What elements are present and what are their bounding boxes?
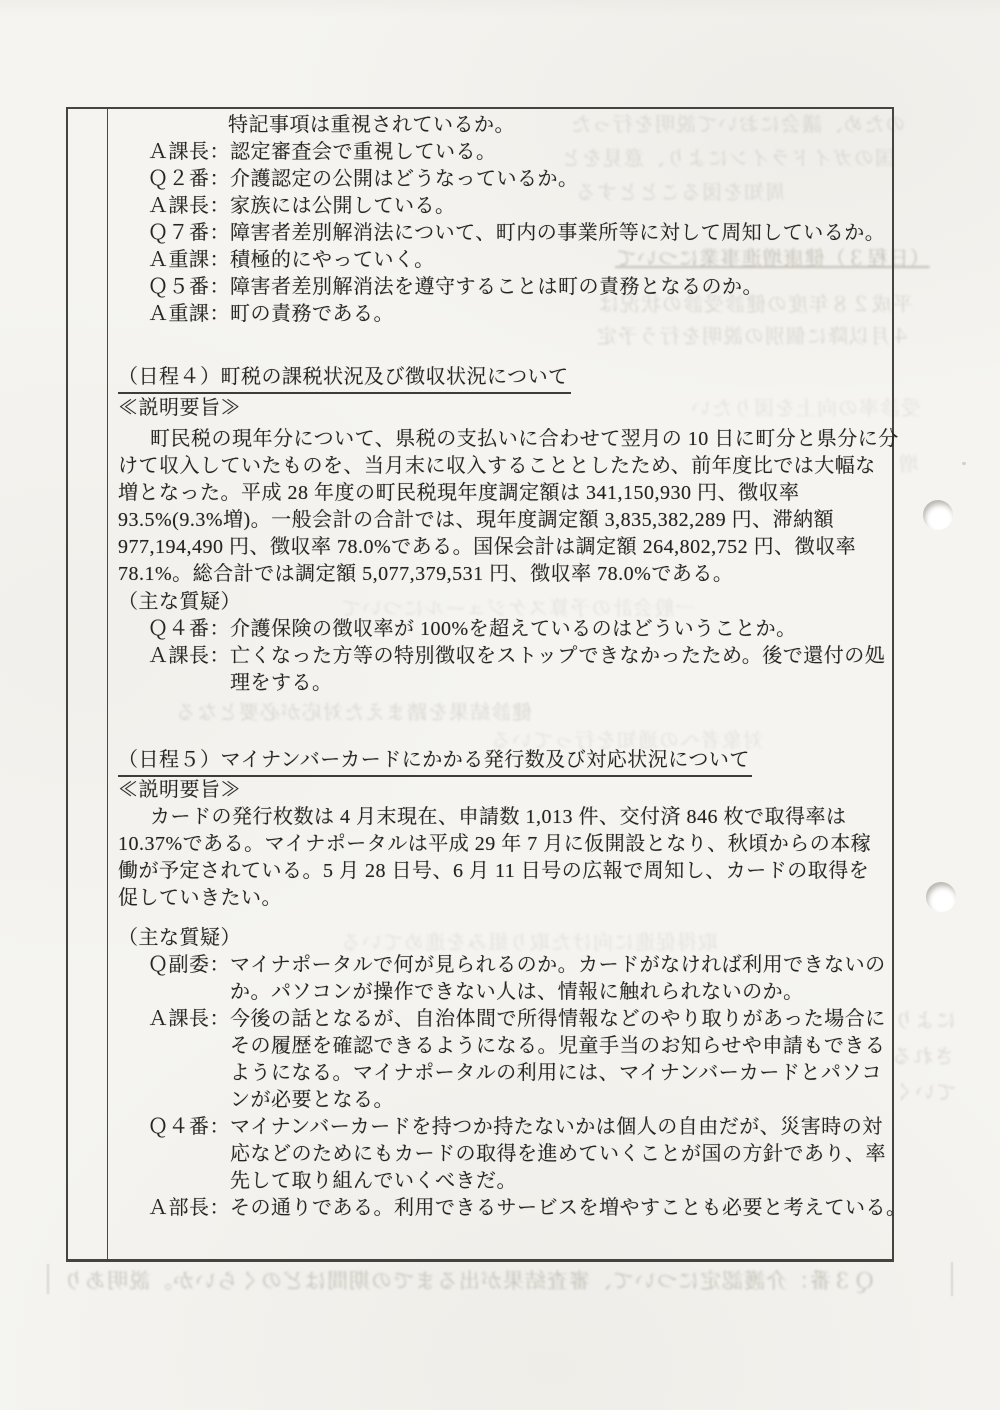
qa-item: Ａ課長：今後の話となるが、自治体間で所得情報などのやり取りがあった場合に その履… bbox=[118, 1006, 886, 1114]
bleedthrough-text: 増 bbox=[898, 452, 919, 479]
summary-line: けて収入していたものを、当月末に収入することとしたため、前年度比では大幅な bbox=[118, 453, 886, 480]
section-qa-carryover: 特記事項は重視されているか。 Ａ課長：認定審査会で重視している。 Ｑ２番：介護認… bbox=[118, 112, 886, 328]
punch-hole bbox=[926, 882, 956, 912]
qa-text: その履歴を確認できるようになる。児童手当のお知らせや申請もできる bbox=[230, 1033, 886, 1060]
speaker-label: Ａ課長： bbox=[148, 643, 230, 670]
agenda5-summary: カードの発行枚数は 4 月末現在、申請数 1,013 件、交付済 846 枚で取… bbox=[118, 804, 886, 912]
carryover-line: 特記事項は重視されているか。 bbox=[228, 112, 886, 139]
speaker-label: Ａ部長： bbox=[148, 1195, 230, 1222]
speaker-label: Ｑ５番： bbox=[148, 274, 230, 301]
qa-label-line: （主な質疑） bbox=[118, 925, 886, 952]
speaker-label: Ａ重課： bbox=[148, 247, 230, 274]
qa-text: 障害者差別解消法について、町内の事業所等に対して周知しているか。 bbox=[230, 222, 885, 244]
document-frame: 特記事項は重視されているか。 Ａ課長：認定審査会で重視している。 Ｑ２番：介護認… bbox=[66, 107, 894, 1262]
summary-line: 977,194,490 円、徴収率 78.0%である。国保会計は調定額 264,… bbox=[118, 534, 886, 561]
summary-line: 93.5%(9.3%増)。一般会計の合計では、現年度調定額 3,835,382,… bbox=[118, 507, 886, 534]
summary-line: 働が予定されている。5 月 28 日号、6 月 11 日号の広報で周知し、カード… bbox=[118, 858, 886, 885]
qa-label-line: （主な質疑） bbox=[118, 589, 886, 616]
section-agenda5-qa: （主な質疑） Ｑ副委：マイナポータルで何が見られるのか。カードがなければ利用でき… bbox=[118, 925, 886, 1222]
qa-item: Ａ課長：亡くなった方等の特別徴収をストップできなかったため。後で還付の処 理をす… bbox=[118, 643, 886, 697]
bleedthrough-text: される bbox=[891, 1044, 954, 1071]
qa-text: 認定審査会で重視している。 bbox=[230, 141, 497, 163]
qa-item: Ｑ４番：介護保険の徴収率が 100%を超えているのはどういうことか。 bbox=[118, 616, 886, 643]
qa-text: マイナポータルで何が見られるのか。カードがなければ利用できないの bbox=[230, 954, 886, 976]
speaker-label: Ａ課長： bbox=[148, 193, 230, 220]
qa-item: Ａ重課：町の責務である。 bbox=[118, 301, 886, 328]
speaker-label: Ｑ２番： bbox=[148, 166, 230, 193]
section-agenda4: （日程４）町税の課税状況及び徴収状況について ≪説明要旨≫ 町民税の現年分につい… bbox=[118, 364, 886, 588]
qa-item: Ｑ副委：マイナポータルで何が見られるのか。カードがなければ利用できないの か。パ… bbox=[118, 952, 886, 1006]
qa-text: 介護認定の公開はどうなっているか。 bbox=[230, 168, 579, 190]
bleedthrough-text: Ｑ３番：介護認定について、審査結果が出るまでの期間はどのくらいか。説明あり bbox=[62, 1268, 875, 1295]
agenda4-summary: 町民税の現年分について、県税の支払いに合わせて翌月の 10 日に町分と県分に分 … bbox=[118, 426, 886, 588]
qa-text: 積極的にやっていく。 bbox=[230, 249, 435, 271]
qa-text: 理をする。 bbox=[230, 670, 886, 697]
bleedthrough-line bbox=[951, 1262, 953, 1296]
speaker-label: Ａ重課： bbox=[148, 301, 230, 328]
punch-hole bbox=[923, 500, 953, 530]
speaker-label: Ａ課長： bbox=[148, 1006, 230, 1033]
scanned-document-page: のため、議会において説明を行った 国のガイドラインにより、意見をと 周知を図るこ… bbox=[0, 0, 1000, 1410]
agenda5-heading: （日程５）マイナンバーカードにかかる発行数及び対応状況について bbox=[118, 747, 886, 777]
qa-text: 亡くなった方等の特別徴収をストップできなかったため。後で還付の処 bbox=[230, 645, 885, 667]
qa-text: ンが必要となる。 bbox=[230, 1087, 886, 1114]
bleedthrough-text: により bbox=[893, 1008, 956, 1035]
summary-line: 促していきたい。 bbox=[118, 885, 886, 912]
qa-text: その通りである。利用できるサービスを増やすことも必要と考えている。 bbox=[230, 1197, 907, 1219]
section-agenda4-qa: （主な質疑） Ｑ４番：介護保険の徴収率が 100%を超えているのはどういうことか… bbox=[118, 589, 886, 697]
scan-speck bbox=[962, 462, 966, 465]
qa-text: 今後の話となるが、自治体間で所得情報などのやり取りがあった場合に bbox=[230, 1008, 886, 1030]
qa-item: Ａ課長：家族には公開している。 bbox=[118, 193, 886, 220]
qa-text: 家族には公開している。 bbox=[230, 195, 456, 217]
bleedthrough-text: ていく bbox=[893, 1080, 956, 1107]
qa-item: Ａ重課：積極的にやっていく。 bbox=[118, 247, 886, 274]
qa-text: 町の責務である。 bbox=[230, 303, 394, 325]
agenda4-heading: （日程４）町税の課税状況及び徴収状況について bbox=[118, 364, 886, 394]
bleedthrough-line bbox=[47, 1264, 49, 1294]
speaker-label: Ｑ４番： bbox=[148, 616, 230, 643]
qa-text: 介護保険の徴収率が 100%を超えているのはどういうことか。 bbox=[230, 618, 797, 640]
qa-text: ようになる。マイナポータルの利用には、マイナンバーカードとパソコ bbox=[230, 1060, 886, 1087]
qa-text: か。パソコンが操作できない人は、情報に触れられないのか。 bbox=[230, 979, 886, 1006]
summary-line: 町民税の現年分について、県税の支払いに合わせて翌月の 10 日に町分と県分に分 bbox=[118, 426, 886, 453]
qa-item: Ｑ２番：介護認定の公開はどうなっているか。 bbox=[118, 166, 886, 193]
summary-label: ≪説明要旨≫ bbox=[118, 395, 886, 422]
qa-text: 応などのためにもカードの取得を進めていくことが国の方針であり、率 bbox=[230, 1141, 886, 1168]
qa-text: 障害者差別解消法を遵守することは町の責務となるのか。 bbox=[230, 276, 763, 298]
qa-text: マイナンバーカードを持つか持たないかは個人の自由だが、災害時の対 bbox=[230, 1116, 883, 1138]
margin-divider-line bbox=[107, 109, 108, 1259]
qa-item: Ｑ７番：障害者差別解消法について、町内の事業所等に対して周知しているか。 bbox=[118, 220, 886, 247]
section-agenda5: （日程５）マイナンバーカードにかかる発行数及び対応状況について ≪説明要旨≫ カ… bbox=[118, 747, 886, 912]
document-content: 特記事項は重視されているか。 Ａ課長：認定審査会で重視している。 Ｑ２番：介護認… bbox=[118, 109, 886, 1259]
speaker-label: Ａ課長： bbox=[148, 139, 230, 166]
summary-line: 10.37%である。マイナポータルは平成 29 年 7 月に仮開設となり、秋頃か… bbox=[118, 831, 886, 858]
summary-line: 78.1%。総合計では調定額 5,077,379,531 円、徴収率 78.0%… bbox=[118, 561, 886, 588]
speaker-label: Ｑ副委： bbox=[148, 952, 230, 979]
qa-text: 先して取り組んでいくべきだ。 bbox=[230, 1168, 886, 1195]
qa-item: Ａ部長：その通りである。利用できるサービスを増やすことも必要と考えている。 bbox=[118, 1195, 886, 1222]
qa-item: Ａ課長：認定審査会で重視している。 bbox=[118, 139, 886, 166]
speaker-label: Ｑ７番： bbox=[148, 220, 230, 247]
summary-line: カードの発行枚数は 4 月末現在、申請数 1,013 件、交付済 846 枚で取… bbox=[118, 804, 886, 831]
qa-item: Ｑ５番：障害者差別解消法を遵守することは町の責務となるのか。 bbox=[118, 274, 886, 301]
speaker-label: Ｑ４番： bbox=[148, 1114, 230, 1141]
qa-item: Ｑ４番：マイナンバーカードを持つか持たないかは個人の自由だが、災害時の対 応など… bbox=[118, 1114, 886, 1195]
summary-line: 増となった。平成 28 年度の町民税現年度調定額は 341,150,930 円、… bbox=[118, 480, 886, 507]
summary-label: ≪説明要旨≫ bbox=[118, 777, 886, 804]
